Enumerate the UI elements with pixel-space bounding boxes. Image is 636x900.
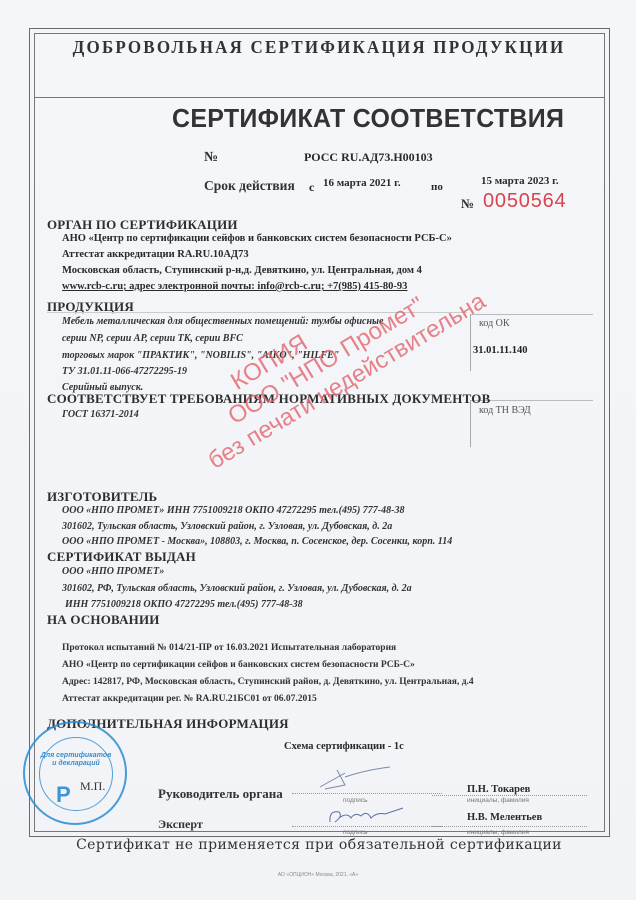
validity-from: 16 марта 2021 г. xyxy=(323,177,401,189)
expert-label: Эксперт xyxy=(158,817,203,832)
serial-sign: № xyxy=(461,196,474,212)
certificate-page: ДОБРОВОЛЬНАЯ СЕРТИФИКАЦИЯ ПРОДУКЦИИ СЕРТ… xyxy=(0,0,636,900)
number-sign: № xyxy=(204,150,218,166)
serial-number: 0050564 xyxy=(483,190,566,213)
product-line: серии NP, серии AP, серии TK, серии BFC xyxy=(62,333,243,344)
issued-to-line: ИНН 7751009218 ОКПО 47272295 тел.(495) 7… xyxy=(65,599,303,610)
certification-body-line: АНО «Центр по сертификации сейфов и банк… xyxy=(62,233,452,244)
tn-ved-box: код ТН ВЭД xyxy=(470,400,593,447)
validity-from-prefix: с xyxy=(309,180,314,195)
print-note: АО «ОПЦИОН» Москва, 2021, «А» xyxy=(0,872,636,878)
head-signature-icon xyxy=(315,765,395,795)
header-divider xyxy=(34,97,604,98)
registration-number: РОСС RU.АД73.Н00103 xyxy=(304,150,433,165)
manufacturer-line: ООО «НПО ПРОМЕТ - Москва», 108803, г. Мо… xyxy=(62,536,452,547)
certification-body-contacts: www.rcb-c.ru; адрес электронной почты: i… xyxy=(62,281,407,292)
contact-details: ; адрес электронной почты: info@rcb-c.ru… xyxy=(123,281,407,292)
name-caption: инициалы, фамилия xyxy=(467,829,529,836)
stamp-logo-icon: P xyxy=(56,782,71,808)
product-line: ТУ 31.01.11-066-47272295-19 xyxy=(62,366,187,377)
ok-code-value: 31.01.11.140 xyxy=(473,345,528,356)
certification-body-line: Аттестат аккредитации RA.RU.10АД73 xyxy=(62,249,249,260)
seal-label: М.П. xyxy=(80,779,105,794)
stamp-text: Для сертификатов и деклараций xyxy=(40,752,112,768)
expert-name: Н.В. Мелентьев xyxy=(467,812,542,823)
validity-to-prefix: по xyxy=(431,181,443,193)
validity-label: Срок действия xyxy=(204,178,295,194)
manufacturer-line: ООО «НПО ПРОМЕТ» ИНН 7751009218 ОКПО 472… xyxy=(62,505,404,516)
footer-note: Сертификат не применяется при обязательн… xyxy=(34,837,604,853)
product-line: Мебель металлическая для общественных по… xyxy=(62,316,383,327)
basis-heading: НА ОСНОВАНИИ xyxy=(47,612,160,628)
head-name: П.Н. Токарев xyxy=(467,784,530,795)
basis-line: Адрес: 142817, РФ, Московская область, С… xyxy=(62,677,474,687)
issued-to-heading: СЕРТИФИКАТ ВЫДАН xyxy=(47,549,196,565)
basis-line: АНО «Центр по сертификации сейфов и банк… xyxy=(62,660,415,670)
basis-line: Аттестат аккредитации рег. № RA.RU.21БС0… xyxy=(62,694,317,704)
program-title: ДОБРОВОЛЬНАЯ СЕРТИФИКАЦИЯ ПРОДУКЦИИ xyxy=(34,38,604,59)
basis-line: Протокол испытаний № 014/21-ПР от 16.03.… xyxy=(62,643,396,653)
website-link[interactable]: www.rcb-c.ru xyxy=(62,281,123,292)
name-caption: инициалы, фамилия xyxy=(467,797,529,804)
ok-code-box: код ОК 31.01.11.140 xyxy=(470,314,593,371)
manufacturer-line: 301602, Тульская область, Узловский райо… xyxy=(62,521,392,532)
manufacturer-heading: ИЗГОТОВИТЕЛЬ xyxy=(47,489,157,505)
document-title: СЕРТИФИКАТ СООТВЕТСТВИЯ xyxy=(172,103,564,134)
certification-body-line: Московская область, Ступинский р-н,д. Де… xyxy=(62,265,422,276)
certification-stamp: Для сертификатов и деклараций P xyxy=(23,721,127,825)
certification-body-heading: ОРГАН ПО СЕРТИФИКАЦИИ xyxy=(47,217,238,233)
expert-signature-icon xyxy=(325,802,405,828)
signature-caption: подпись xyxy=(343,829,368,836)
stamp-inner-ring: Для сертификатов и деклараций P xyxy=(39,737,113,811)
validity-to: 15 марта 2023 г. xyxy=(481,175,559,187)
standard-item: ГОСТ 16371-2014 xyxy=(62,409,139,420)
head-label: Руководитель органа xyxy=(158,786,283,802)
issued-to-line: 301602, РФ, Тульская область, Узловский … xyxy=(62,583,412,594)
expert-name-line xyxy=(432,826,587,827)
head-name-line xyxy=(432,795,587,796)
certification-scheme: Схема сертификации - 1с xyxy=(284,741,404,752)
issued-to-line: ООО «НПО ПРОМЕТ» xyxy=(62,566,164,577)
ok-code-label: код ОК xyxy=(479,318,510,329)
